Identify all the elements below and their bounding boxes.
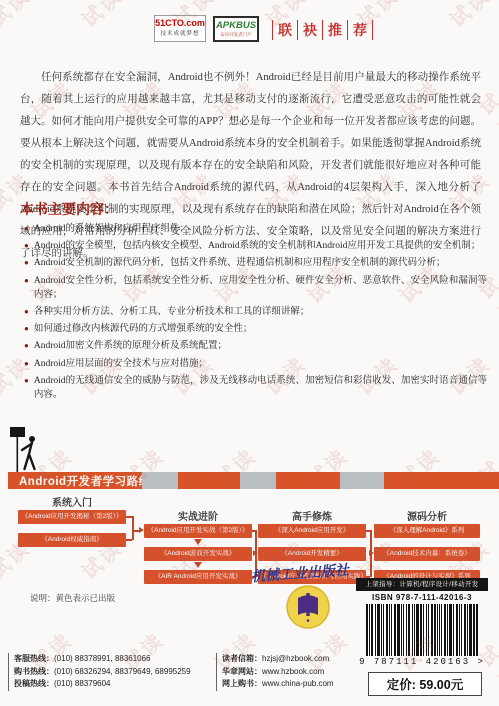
barcode-bar [459, 604, 460, 656]
barcode-bar [444, 604, 446, 656]
barcode-bar [366, 604, 368, 656]
logo-apkbus: APKBUS 安卓开发者门户 [213, 16, 259, 42]
content-item: ●Android加密文件系统的原理分析及系统配置； [24, 339, 487, 353]
stage-label: 高手修炼 [258, 508, 366, 521]
contact-value: (010) 88378991, 88361066 [54, 654, 151, 663]
logo-51cto-title: 51CTO.com [155, 18, 205, 28]
shelf-guide-bar: 上架指导：计算机/程序设计/移动开发 [356, 578, 488, 591]
contact-line: 投稿热线：(010) 88379604 [14, 678, 191, 691]
contact-line: 网上购书：www.china-pub.com [222, 678, 334, 691]
contact-line: 读者信箱：hzjsj@hzbook.com [222, 653, 334, 666]
barcode-bar [397, 604, 400, 656]
barcode-bar [469, 604, 472, 656]
contact-line: 购书热线：(010) 68326294, 88379649, 68995259 [14, 666, 191, 679]
book-box: 《Android应用开发揭秘（第2版）》 [18, 510, 126, 524]
barcode-bar [441, 604, 442, 656]
bullet-icon: ● [24, 239, 29, 253]
content-item-text: 如何通过修改内核源代码的方式增强系统的安全性； [34, 322, 253, 336]
book-box: 《深入Android应用开发》 [258, 524, 366, 538]
barcode-bar [414, 604, 415, 656]
logo-51cto: 51CTO.com 技术成就梦想 [154, 15, 206, 42]
spacer [18, 524, 126, 533]
recommend-char: 袂 [297, 20, 322, 40]
bar-segment [384, 472, 499, 489]
contact-value: hzjsj@hzbook.com [262, 654, 329, 663]
roadmap-column: 系统入门《Android应用开发揭秘（第2版）》《Android权威指南》 [18, 494, 126, 547]
content-item: ●Android的无线通信安全的威胁与防范，涉及无线移动电话系统、加密短信和彩信… [24, 374, 487, 402]
bullet-icon: ● [24, 357, 29, 371]
recommend-char: 联 [272, 20, 297, 40]
barcode-bar [456, 604, 458, 656]
bar-segment [276, 472, 340, 489]
roadmap-title-segment: Android开发者学习路线图 [8, 472, 142, 489]
content-item-text: Android应用层面的安全技术与应对措施； [34, 357, 208, 371]
content-item: ●各种实用分析方法、分析工具、专业分析技术和工具的详细讲解； [24, 305, 487, 319]
publisher-seal-icon [285, 584, 331, 635]
bullet-icon: ● [24, 339, 29, 353]
book-box: 《Android技术内幕：系统卷》 [374, 547, 480, 561]
presenter-flag-icon [8, 424, 44, 479]
content-item: ●如何通过修改内核源代码的方式增强系统的安全性； [24, 322, 487, 336]
book-box: 《Android应用开发实战（第2版）》 [144, 524, 252, 538]
spacer [374, 538, 480, 547]
trial-watermark: 试读 [0, 0, 36, 33]
contact-block-hotlines: 客服热线：(010) 88378991, 88361066购书热线：(010) … [8, 653, 191, 691]
bullet-icon: ● [24, 305, 29, 319]
bar-segment [178, 472, 240, 489]
content-item: ●Android安全性分析，包括系统安全性分析、应用安全性分析、硬件安全分析、恶… [24, 274, 487, 302]
spacer [374, 561, 480, 570]
barcode-bar [391, 604, 392, 656]
barcode-bar [420, 604, 422, 656]
bullet-icon: ● [24, 322, 29, 336]
book-back-cover: 试读试读试读试读试读试读试读试读试读试读试读试读试读试读试读试读试读试读试读试读… [0, 0, 499, 706]
content-item: ●Android应用层面的安全技术与应对措施； [24, 357, 487, 371]
roadmap-header-bar: Android开发者学习路线图 [8, 472, 499, 489]
contact-label: 购书热线： [14, 667, 54, 676]
content-item-text: 各种实用分析方法、分析工具、专业分析技术和工具的详细讲解； [34, 305, 310, 319]
content-item-text: Android加密文件系统的原理分析及系统配置； [34, 339, 227, 353]
barcode-bar [389, 604, 390, 656]
price-box: 定价: 59.00元 [368, 672, 482, 696]
barcode-bar [453, 604, 454, 656]
barcode-bar [371, 604, 373, 656]
contact-label: 客服热线： [14, 654, 54, 663]
barcode-bar [464, 604, 466, 656]
bar-segment [142, 472, 178, 489]
contact-value: (010) 68326294, 88379649, 68995259 [54, 667, 191, 676]
content-item-text: Android安全性分析，包括系统安全性分析、应用安全性分析、硬件安全分析、恶意… [34, 274, 487, 302]
joint-recommendation-text: 联袂推荐 [272, 20, 373, 40]
contact-label: 读者信箱： [222, 654, 262, 663]
barcode-bar [434, 604, 436, 656]
barcode [366, 604, 478, 656]
connector [132, 516, 134, 540]
barcode-bar [408, 604, 410, 656]
bullet-icon: ● [24, 222, 29, 236]
barcode-bar [423, 604, 424, 656]
barcode-digits: 9 787111 420163 > [356, 657, 488, 667]
barcode-bar [449, 604, 452, 656]
logo-51cto-subtitle: 技术成就梦想 [155, 29, 205, 37]
spacer [258, 538, 366, 547]
barcode-bar [428, 604, 429, 656]
contact-label: 网上购书： [222, 679, 262, 688]
book-box: 《Android游戏开发实战》 [144, 547, 252, 561]
logo-apkbus-title: APKBUS [215, 20, 257, 31]
roadmap-legend-note: 说明：黄色表示已出版 [30, 592, 115, 604]
barcode-bar [369, 604, 370, 656]
content-item-text: Android安全机制的源代码分析，包括文件系统、进程通信机制和应用程序安全机制… [34, 256, 446, 270]
contact-value: www.china-pub.com [262, 679, 334, 688]
barcode-bar [406, 604, 407, 656]
barcode-bar [383, 604, 384, 656]
connector [132, 530, 139, 532]
bar-segment [340, 472, 384, 489]
content-item: ●Android的安全模型，包括内核安全模型、Android系统的安全机制和An… [24, 239, 487, 253]
stage-label: 系统入门 [18, 494, 126, 507]
recommend-char: 荐 [347, 20, 373, 40]
barcode-bar [401, 604, 402, 656]
barcode-bar [403, 604, 404, 656]
contact-label: 投稿热线： [14, 679, 54, 688]
content-item: ●Android的系统架构和应用程序组件； [24, 222, 487, 236]
barcode-bar [476, 604, 478, 656]
contents-list: ●Android的系统架构和应用程序组件；●Android的安全模型，包括内核安… [24, 222, 487, 405]
bullet-icon: ● [24, 256, 29, 270]
content-item-text: Android的系统架构和应用程序组件； [34, 222, 189, 236]
stage-label: 实战进阶 [144, 508, 252, 521]
recommend-char: 推 [322, 20, 347, 40]
barcode-bar [437, 604, 438, 656]
book-box: 《深入理解Android》系列 [374, 524, 480, 538]
contents-heading: 本书主要内容： [20, 199, 118, 219]
barcode-bar [377, 604, 380, 656]
logo-apkbus-subtitle: 安卓开发者门户 [215, 32, 257, 38]
stage-label: 源码分析 [374, 508, 480, 521]
book-box: 《Android权威指南》 [18, 533, 126, 547]
barcode-bar [416, 604, 419, 656]
barcode-bar [467, 604, 468, 656]
barcode-bar [473, 604, 475, 656]
isbn-text: ISBN 978-7-111-42016-3 [356, 593, 488, 602]
contact-line: 华章网站：www.hzbook.com [222, 666, 334, 679]
content-item: ●Android安全机制的源代码分析，包括文件系统、进程通信机制和应用程序安全机… [24, 256, 487, 270]
trial-watermark: 试读 [442, 0, 496, 33]
bullet-icon: ● [24, 274, 29, 302]
barcode-bar [381, 604, 382, 656]
barcode-bar [386, 604, 388, 656]
barcode-bar [439, 604, 440, 656]
contact-value: (010) 88379604 [54, 679, 111, 688]
barcode-bar [431, 604, 433, 656]
down-arrow-icon [144, 538, 252, 547]
contact-line: 客服热线：(010) 88378991, 88361066 [14, 653, 191, 666]
trial-watermark: 试读 [74, 0, 128, 33]
barcode-bar [447, 604, 448, 656]
content-item-text: Android的无线通信安全的威胁与防范，涉及无线移动电话系统、加密短信和彩信收… [34, 374, 487, 402]
bar-segment [240, 472, 276, 489]
barcode-bar [375, 604, 376, 656]
bullet-icon: ● [24, 374, 29, 402]
contact-block-web: 读者信箱：hzjsj@hzbook.com华章网站：www.hzbook.com… [216, 653, 334, 691]
contact-value: www.hzbook.com [262, 667, 324, 676]
barcode-bar [412, 604, 413, 656]
contact-label: 华章网站： [222, 667, 262, 676]
barcode-bar [426, 604, 427, 656]
barcode-bar [461, 604, 462, 656]
barcode-bar [394, 604, 396, 656]
roadmap-column: 源码分析《深入理解Android》系列《Android技术内幕：系统卷》《And… [374, 508, 480, 584]
content-item-text: Android的安全模型，包括内核安全模型、Android系统的安全机制和And… [34, 239, 481, 253]
